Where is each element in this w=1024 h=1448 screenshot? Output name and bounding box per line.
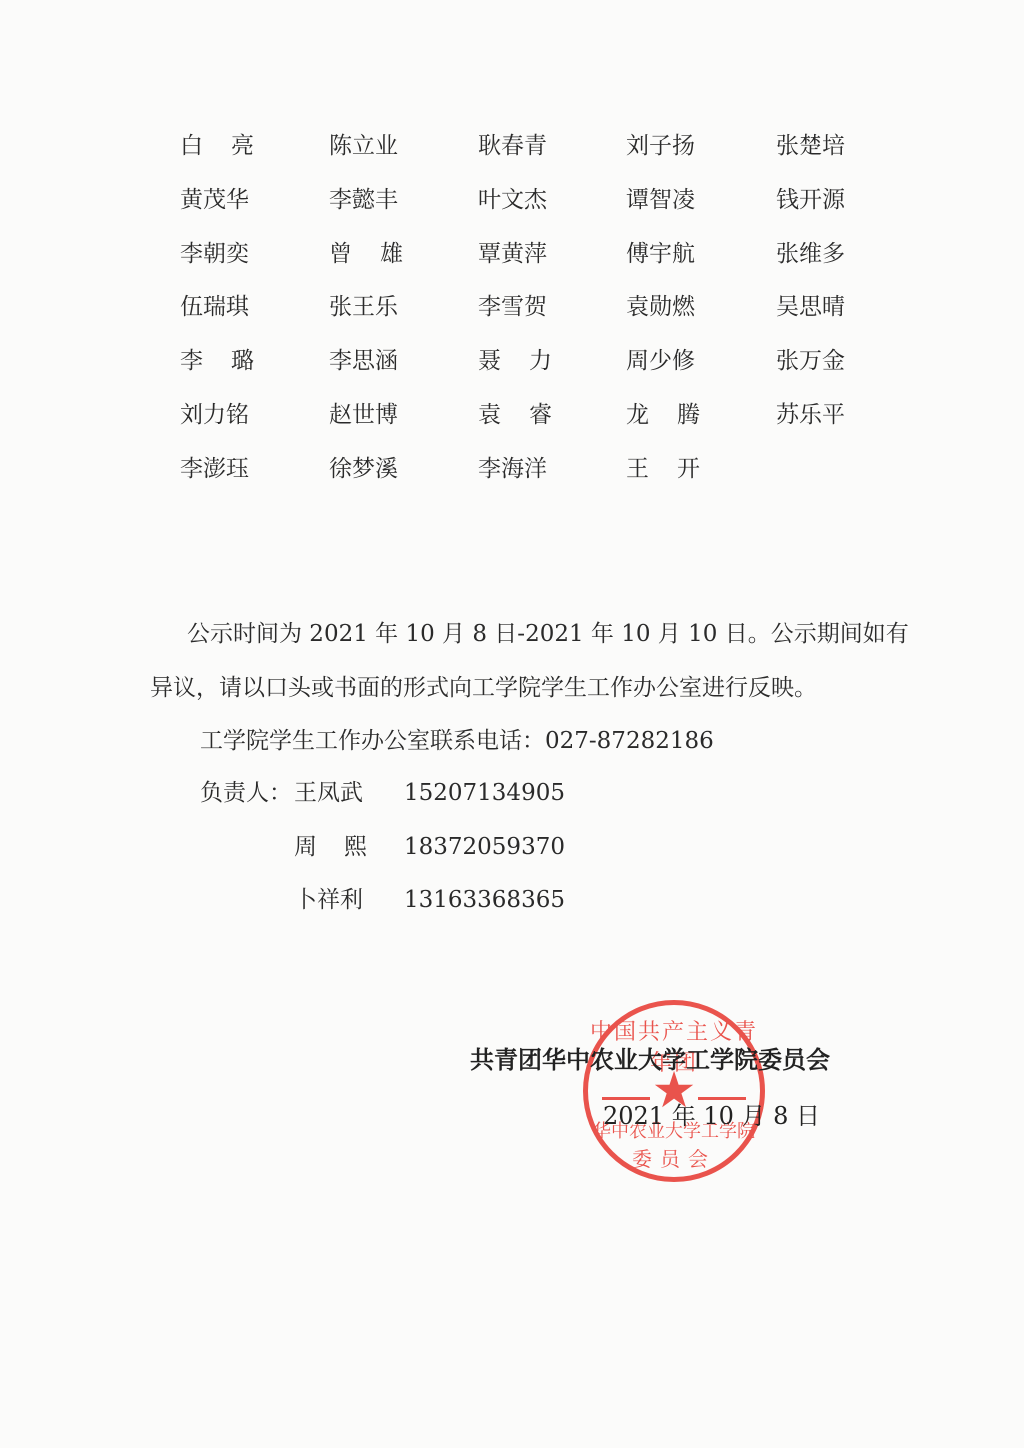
student-name: 刘子扬 bbox=[626, 128, 700, 164]
student-name: 李懿丰 bbox=[329, 182, 403, 218]
seal-bottom-text: 委员会 bbox=[588, 1143, 760, 1172]
student-name: 谭智凌 bbox=[626, 182, 700, 218]
student-name: 聂力 bbox=[478, 343, 552, 379]
student-name: 钱开源 bbox=[776, 182, 850, 218]
official-seal: 中国共产主义青年团 ★ 华中农业大学工学院 委员会 bbox=[583, 1000, 765, 1182]
student-name: 李璐 bbox=[180, 343, 254, 379]
contact-phone: 13163368365 bbox=[404, 882, 565, 918]
student-name: 袁睿 bbox=[478, 397, 552, 433]
student-name: 黄茂华 bbox=[180, 182, 254, 218]
signing-date: 2021 年 10 月 8 日 bbox=[603, 1098, 820, 1134]
student-name: 李澎珏 bbox=[180, 451, 254, 487]
student-name: 白亮 bbox=[180, 128, 254, 164]
student-name: 伍瑞琪 bbox=[180, 289, 254, 325]
student-name: 耿春青 bbox=[478, 128, 552, 164]
student-name: 吴思晴 bbox=[776, 289, 850, 325]
student-name: 李雪贺 bbox=[478, 289, 552, 325]
student-name: 张楚培 bbox=[776, 128, 850, 164]
student-name: 王开 bbox=[626, 451, 700, 487]
student-name: 叶文杰 bbox=[478, 182, 552, 218]
student-name: 曾雄 bbox=[329, 236, 403, 272]
contact-phone: 18372059370 bbox=[404, 829, 565, 865]
contact-phone: 15207134905 bbox=[404, 775, 565, 811]
contact-label: 负责人： bbox=[200, 775, 292, 811]
contact-name: 周熙 bbox=[294, 829, 367, 865]
notice-line-2: 异议，请以口头或书面的形式向工学院学生工作办公室进行反映。 bbox=[150, 670, 817, 706]
student-name: 李海洋 bbox=[478, 451, 552, 487]
student-name: 李朝奕 bbox=[180, 236, 254, 272]
student-name: 张维多 bbox=[776, 236, 850, 272]
student-name: 覃黄萍 bbox=[478, 236, 552, 272]
contact-name: 卜祥利 bbox=[294, 882, 367, 918]
student-name: 傅宇航 bbox=[626, 236, 700, 272]
student-name: 龙腾 bbox=[626, 397, 700, 433]
student-name: 袁勋燃 bbox=[626, 289, 700, 325]
notice-line-1: 公示时间为 2021 年 10 月 8 日-2021 年 10 月 10 日。公… bbox=[187, 616, 909, 652]
student-name: 张万金 bbox=[776, 343, 850, 379]
office-phone: 工学院学生工作办公室联系电话：027-87282186 bbox=[200, 723, 714, 759]
student-name: 李思涵 bbox=[329, 343, 403, 379]
student-name: 赵世博 bbox=[329, 397, 403, 433]
student-name: 徐梦溪 bbox=[329, 451, 403, 487]
signing-organization: 共青团华中农业大学工学院委员会 bbox=[470, 1042, 830, 1078]
student-name: 苏乐平 bbox=[776, 397, 850, 433]
student-name: 刘力铭 bbox=[180, 397, 254, 433]
student-name: 张王乐 bbox=[329, 289, 403, 325]
contact-name: 王凤武 bbox=[294, 775, 367, 811]
student-name: 陈立业 bbox=[329, 128, 403, 164]
student-name: 周少修 bbox=[626, 343, 700, 379]
